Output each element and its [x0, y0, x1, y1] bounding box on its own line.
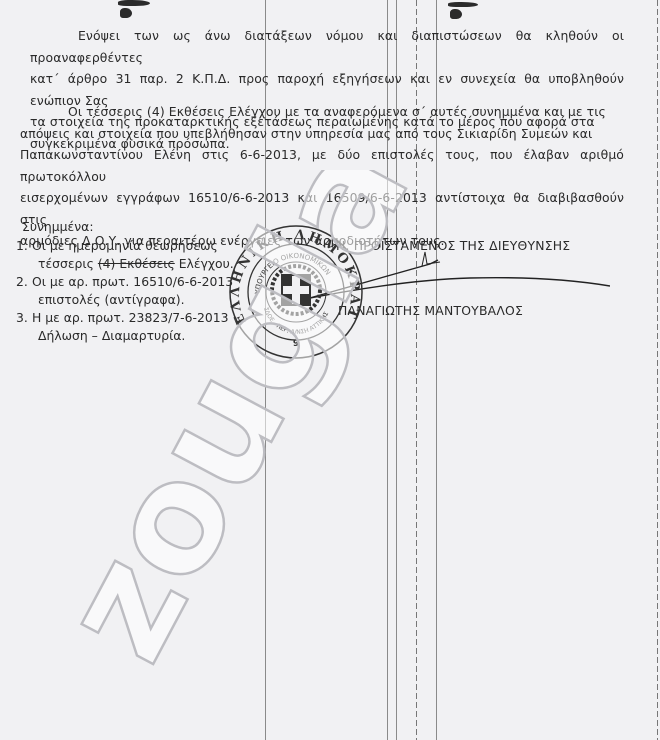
- ink-blot: [448, 2, 478, 7]
- official-stamp: ΕΛΛΗΝΙΚΗ ΔΗΜΟΚΡΑΤΙΑ ΥΠΟΥΡΓΕΙΟ ΟΙΚΟΝΟΜΙΚΩ…: [226, 222, 366, 362]
- struck-text: (4) Εκθέσεις: [98, 256, 175, 271]
- item-number: 2.: [16, 273, 28, 291]
- attachment-item: 1. Οι με ημερομηνία θεωρήσεως τέσσερις (…: [16, 237, 234, 273]
- attachment-item: 3. Η με αρ. πρωτ. 23823/7-6-2013 Δήλωση …: [16, 309, 234, 345]
- item-text: Δήλωση – Διαμαρτυρία.: [38, 328, 185, 343]
- item-text: Η με αρ. πρωτ. 23823/7-6-2013: [32, 310, 229, 325]
- item-text: Οι με ημερομηνία θεωρήσεως: [32, 238, 218, 253]
- ink-blot: [450, 9, 462, 19]
- scanned-document-page: Ενόψει των ως άνω διατάξεων νόμου και δι…: [0, 0, 660, 740]
- attachment-item: 2. Οι με αρ. πρωτ. 16510/6-6-2013 επιστο…: [16, 273, 234, 309]
- text-line: απόψεις και στοιχεία που υπεβλήθησαν στη…: [20, 123, 624, 145]
- item-number: 3.: [16, 309, 28, 327]
- text-line: Παπακωνσταντίνου Ελένη στις 6-6-2013, με…: [20, 144, 624, 187]
- item-text: επιστολές (αντίγραφα).: [38, 292, 185, 307]
- svg-text:9: 9: [293, 339, 299, 349]
- item-number: 1.: [16, 237, 28, 255]
- item-text: τέσσερις: [38, 256, 98, 271]
- item-text: Ελέγχου.: [175, 256, 234, 271]
- text-line: Οι τέσσερις (4) Εκθέσεις Ελέγχου με τα α…: [68, 104, 606, 119]
- text-line: Ενόψει των ως άνω διατάξεων νόμου και δι…: [30, 28, 624, 65]
- item-text: Οι με αρ. πρωτ. 16510/6-6-2013: [32, 274, 233, 289]
- ink-blot: [120, 8, 132, 18]
- scan-line: [657, 0, 658, 740]
- ink-blot: [118, 0, 150, 6]
- attachments-title: Συνημμένα:: [22, 219, 94, 234]
- attachments-list: 1. Οι με ημερομηνία θεωρήσεως τέσσερις (…: [16, 237, 234, 345]
